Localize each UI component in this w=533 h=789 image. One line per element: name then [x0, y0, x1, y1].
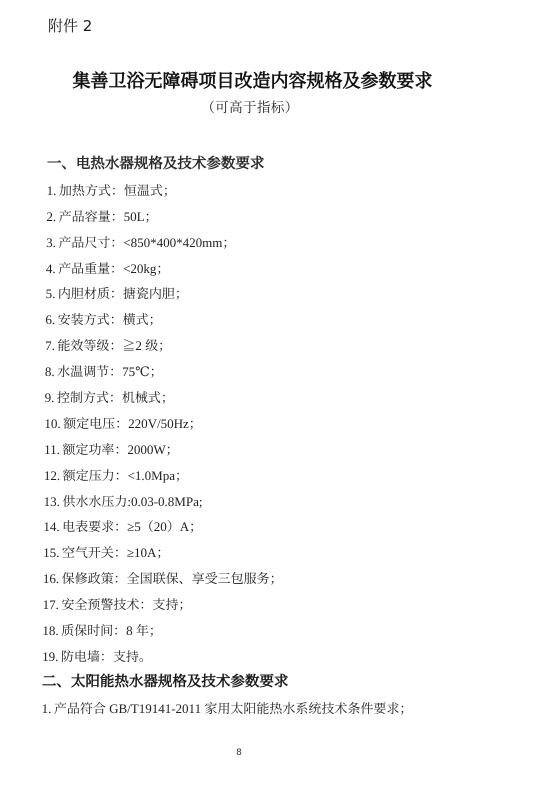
- spec-item: 9.控制方式：机械式；: [45, 385, 505, 411]
- item-text: 额定压力：<1.0Mpa；: [63, 468, 189, 483]
- item-number: 9.: [45, 390, 57, 405]
- spec-item: 6.安装方式：横式；: [45, 307, 505, 333]
- item-number: 19.: [42, 649, 61, 664]
- item-number: 4.: [46, 261, 58, 276]
- document-body: 一、电热水器规格及技术参数要求 1.加热方式：恒温式； 2.产品容量：50L； …: [42, 152, 507, 722]
- item-text: 安全预警技术：支持；: [61, 597, 191, 612]
- item-text: 产品重量：<20kg；: [58, 261, 169, 276]
- item-text: 供水水压力:0.03-0.8MPa;: [62, 494, 202, 509]
- spec-item: 1.产品符合 GB/T19141-2011 家用太阳能热水系统技术条件要求；: [42, 696, 502, 722]
- item-number: 7.: [45, 338, 57, 353]
- item-number: 16.: [43, 571, 62, 586]
- item-text: 质保时间：8 年；: [61, 623, 162, 638]
- item-text: 额定功率：2000W；: [62, 442, 178, 457]
- item-number: 15.: [43, 545, 62, 560]
- item-number: 6.: [45, 312, 57, 327]
- item-text: 保修政策：全国联保、享受三包服务；: [62, 571, 283, 586]
- item-text: 防电墙：支持。: [61, 649, 152, 664]
- spec-item: 11.额定功率：2000W；: [44, 437, 504, 463]
- page-subtitle: （可高于指标）: [0, 99, 500, 117]
- item-text: 产品容量：50L；: [59, 209, 158, 224]
- item-text: 内胆材质：搪瓷内胆；: [58, 286, 188, 301]
- item-number: 1.: [47, 183, 59, 198]
- spec-item: 8.水温调节：75℃；: [45, 359, 505, 385]
- item-number: 13.: [44, 494, 63, 509]
- spec-item: 1.加热方式：恒温式；: [47, 178, 507, 204]
- spec-item: 3.产品尺寸：<850*400*420mm；: [46, 230, 506, 256]
- item-number: 14.: [43, 519, 62, 534]
- item-number: 2.: [46, 209, 58, 224]
- spec-item: 2.产品容量：50L；: [46, 204, 506, 230]
- page-title: 集善卫浴无障碍项目改造内容规格及参数要求: [0, 70, 505, 92]
- item-text: 控制方式：机械式；: [57, 390, 174, 405]
- spec-item: 15.空气开关：≥10A；: [43, 540, 503, 566]
- spec-item: 14.电表要求：≥5（20）A；: [43, 514, 503, 540]
- item-text: 产品符合 GB/T19141-2011 家用太阳能热水系统技术条件要求；: [54, 701, 413, 716]
- spec-item: 19.防电墙：支持。: [42, 644, 502, 670]
- page-number: 8: [234, 747, 244, 759]
- section-heading-solar-heater: 二、太阳能热水器规格及技术参数要求: [42, 670, 502, 696]
- item-text: 额定电压：220V/50Hz；: [63, 416, 202, 431]
- item-text: 空气开关：≥10A；: [62, 545, 170, 560]
- item-number: 18.: [42, 623, 61, 638]
- item-text: 加热方式：恒温式；: [59, 183, 176, 198]
- item-text: 安装方式：横式；: [58, 312, 162, 327]
- item-number: 5.: [46, 286, 58, 301]
- item-number: 11.: [44, 442, 62, 457]
- item-number: 8.: [45, 364, 57, 379]
- item-number: 3.: [46, 235, 58, 250]
- document-page: 附件 2 集善卫浴无障碍项目改造内容规格及参数要求 （可高于指标） 一、电热水器…: [0, 0, 533, 789]
- item-text: 水温调节：75℃；: [57, 364, 163, 379]
- spec-item: 12.额定压力：<1.0Mpa；: [44, 463, 504, 489]
- section-heading-water-heater: 一、电热水器规格及技术参数要求: [47, 152, 507, 178]
- spec-item: 13.供水水压力:0.03-0.8MPa;: [44, 489, 504, 515]
- spec-item: 16.保修政策：全国联保、享受三包服务；: [43, 566, 503, 592]
- item-text: 能效等级：≧2 级；: [57, 338, 171, 353]
- spec-item: 10.额定电压：220V/50Hz；: [44, 411, 504, 437]
- attachment-label: 附件 2: [48, 17, 92, 35]
- spec-item: 7.能效等级：≧2 级；: [45, 333, 505, 359]
- spec-item: 5.内胆材质：搪瓷内胆；: [46, 281, 506, 307]
- item-number: 17.: [43, 597, 62, 612]
- spec-item: 18.质保时间：8 年；: [42, 618, 502, 644]
- spec-item: 17.安全预警技术：支持；: [43, 592, 503, 618]
- item-number: 12.: [44, 468, 63, 483]
- item-number: 1.: [42, 701, 54, 716]
- item-text: 电表要求：≥5（20）A；: [62, 519, 202, 534]
- spec-item: 4.产品重量：<20kg；: [46, 256, 506, 282]
- item-text: 产品尺寸：<850*400*420mm；: [58, 235, 235, 250]
- item-number: 10.: [44, 416, 63, 431]
